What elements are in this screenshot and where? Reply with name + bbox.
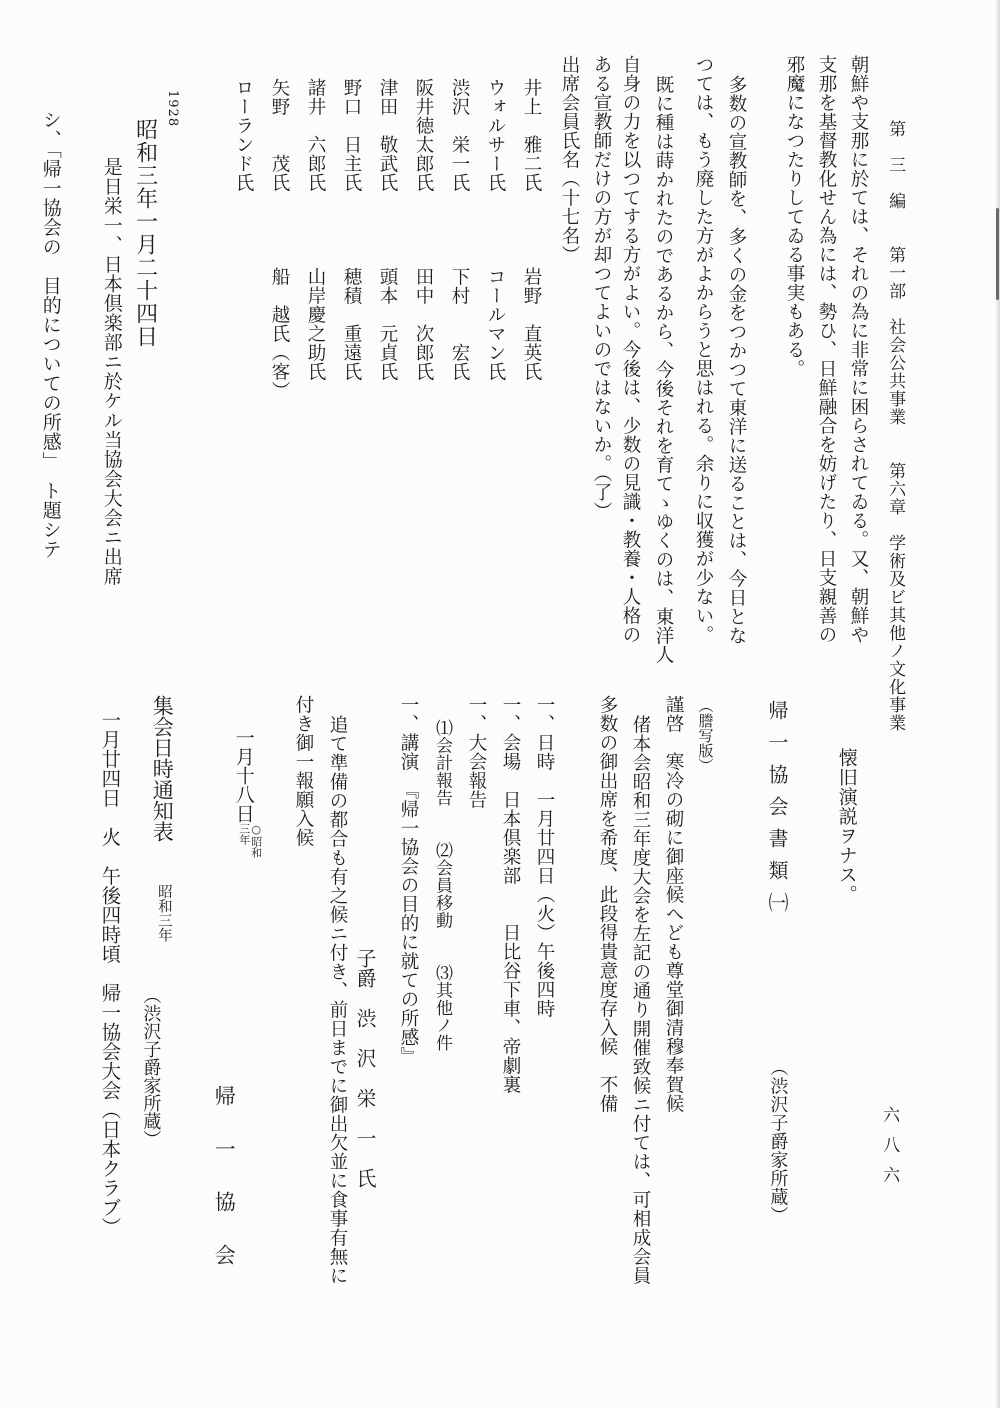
attendee-name: 田中 次郎氏: [405, 267, 441, 477]
scanned-book-page: 第 三 編 第一部 社会公共事業 第六章 学術及ビ其他ノ文化事業 六八六 朝鮮や…: [0, 0, 1000, 1408]
bio-note-line: 是日栄一、日本倶楽部ニ於ケル当協会大会ニ出席: [99, 157, 124, 586]
paragraph-line: 自身の力を以つてする方がよい。今後は、少数の見識・教養・人格の: [614, 55, 647, 645]
year-marginal-note: 1928: [163, 90, 180, 127]
paragraph-line: 多数の宣教師を、多くの金をつかつて東洋に送ることは、今日とな: [720, 55, 753, 645]
paragraph-line: 邪魔になつたりしてゐる事実もある。: [778, 55, 810, 645]
attendees-list-lower: 岩野 直英氏 コールマン氏 下村 宏氏 田中 次郎氏 頭本 元貞氏 穂積 重遠氏…: [261, 267, 549, 477]
notice-year: 昭和三年: [154, 884, 173, 942]
scan-artifact: [996, 208, 999, 300]
entry-date-heading: 昭和三年一月二十四日: [130, 118, 159, 348]
attendee-name: 井上 雅二氏: [513, 78, 549, 273]
agenda-item: 一、会場 日本倶楽部 日比谷下車、帝劇裏: [493, 695, 527, 1185]
letter-postscript: 追て準備の都合も有之候ニ付き、前日までに御出欠並に食事有無に 付き御一報願入候: [286, 695, 354, 1355]
agenda-item: 一、大会報告: [459, 695, 493, 1185]
attendee-name: 山岸慶之助氏: [297, 267, 333, 477]
attendee-name: 津田 敬武氏: [369, 78, 405, 273]
paragraph-line: 支那を基督教化せん為には、勢ひ、日鮮融合を妨げたり、日支親善の: [810, 55, 842, 645]
document-source-note: （渋沢子爵家所蔵）: [766, 1058, 789, 1225]
bio-note-line: シ、「帰一協会の 目的についての所感」 ト題シテ: [38, 110, 63, 559]
sender-name: 帰一協会: [210, 1085, 237, 1297]
era-annotation: ○昭和三年: [238, 823, 262, 858]
postscript-line: 付き御一報願入候: [286, 695, 320, 1355]
attendee-name: コールマン氏: [477, 267, 513, 477]
attendee-name: 船 越氏（客）: [261, 267, 297, 477]
letter-date: 一月十八日○昭和三年: [231, 728, 267, 858]
attendees-heading: 出席会員氏名（十七名）: [557, 55, 581, 264]
attendee-name: 諸井 六郎氏: [297, 78, 333, 273]
paragraph-line: つては、もう廃した方がよからうと思はれる。余りに収獲が少ない。: [687, 55, 720, 645]
attendee-name: 渋沢 栄一氏: [441, 78, 477, 273]
paragraph-missionaries: 多数の宣教師を、多くの金をつかつて東洋に送ることは、今日とな つては、もう廃した…: [687, 55, 753, 645]
paragraph-seeds-sown: 既に種は蒔かれたのであるから、今後それを育てゝゆくのは、東洋人 自身の力を以つて…: [614, 55, 680, 645]
paragraph-conclusion: ある宣教師だけの方が却つてよいのではないか。（了）: [589, 55, 613, 521]
agenda-list: 一、日時 一月廿四日（火）午後四時 一、会場 日本倶楽部 日比谷下車、帝劇裏 一…: [391, 695, 561, 1185]
attendee-name: ウォルサー氏: [477, 78, 513, 273]
letter-line: 多数の御出席を希度、此段得貴意度存入候 不備: [591, 695, 624, 1350]
attendee-name: 野口 日主氏: [333, 78, 369, 273]
paragraph-line: 朝鮮や支那に於ては、それの為に非常に困らされてゐる。又、朝鮮や: [842, 55, 874, 645]
speaker-name: 子爵 渋 沢 栄 一 氏: [352, 948, 378, 1188]
notice-title: 集会日時通知表: [148, 695, 175, 842]
postscript-line: 追て準備の都合も有之候ニ付き、前日までに御出欠並に食事有無に: [320, 695, 354, 1355]
letter-line: 偖本会昭和三年度大会を左記の通り開催致候ニ付ては、可相成会員: [624, 695, 657, 1350]
notice-source-note: （渋沢子爵家所蔵）: [139, 986, 162, 1148]
paragraph-korea-china: 朝鮮や支那に於ては、それの為に非常に困らされてゐる。又、朝鮮や 支那を基督教化せ…: [778, 55, 874, 645]
letter-line: 謹啓 寒冷の砌に御座候へども尊堂御清穆奉賀候: [657, 695, 690, 1350]
era-annotation-right: ○昭和: [250, 823, 262, 858]
letter-date-text: 一月十八日: [233, 728, 255, 823]
bio-note-line: 懐旧演説ヲナス。: [834, 748, 859, 904]
notice-detail-line: 一月廿四日 火 午後四時頃 帰一協会大会（日本クラブ）: [97, 710, 122, 1237]
mimeograph-note: （謄写版）: [695, 698, 715, 773]
attendee-name: ローランド氏: [225, 78, 261, 273]
invitation-letter: 謹啓 寒冷の砌に御座候へども尊堂御清穆奉賀候 偖本会昭和三年度大会を左記の通り開…: [591, 695, 690, 1350]
attendee-name: 下村 宏氏: [441, 267, 477, 477]
attendee-name: 矢野 茂氏: [261, 78, 297, 273]
agenda-item: 一、日時 一月廿四日（火）午後四時: [527, 695, 561, 1185]
agenda-item: 一、講演 『帰一協会の目的に就ての所感』: [391, 695, 425, 1185]
paragraph-line: 既に種は蒔かれたのであるから、今後それを育てゝゆくのは、東洋人: [647, 55, 680, 645]
era-annotation-left: 三年: [238, 823, 250, 858]
attendee-name: 頭本 元貞氏: [369, 267, 405, 477]
attendees-list-upper: 井上 雅二氏 ウォルサー氏 渋沢 栄一氏 阪井徳太郎氏 津田 敬武氏 野口 日主…: [225, 78, 549, 273]
attendee-name: 岩野 直英氏: [513, 267, 549, 477]
document-title: 帰一協会書類㈠: [764, 700, 790, 924]
page-number: 六八六: [878, 1106, 900, 1196]
attendee-name: 穂積 重遠氏: [333, 267, 369, 477]
attendee-name: 阪井徳太郎氏: [405, 78, 441, 273]
chapter-header: 第 三 編 第一部 社会公共事業 第六章 学術及ビ其他ノ文化事業: [884, 120, 906, 732]
agenda-subitems: ⑴会計報告 ⑵会員移動 ⑶其他ノ件: [425, 695, 459, 1185]
